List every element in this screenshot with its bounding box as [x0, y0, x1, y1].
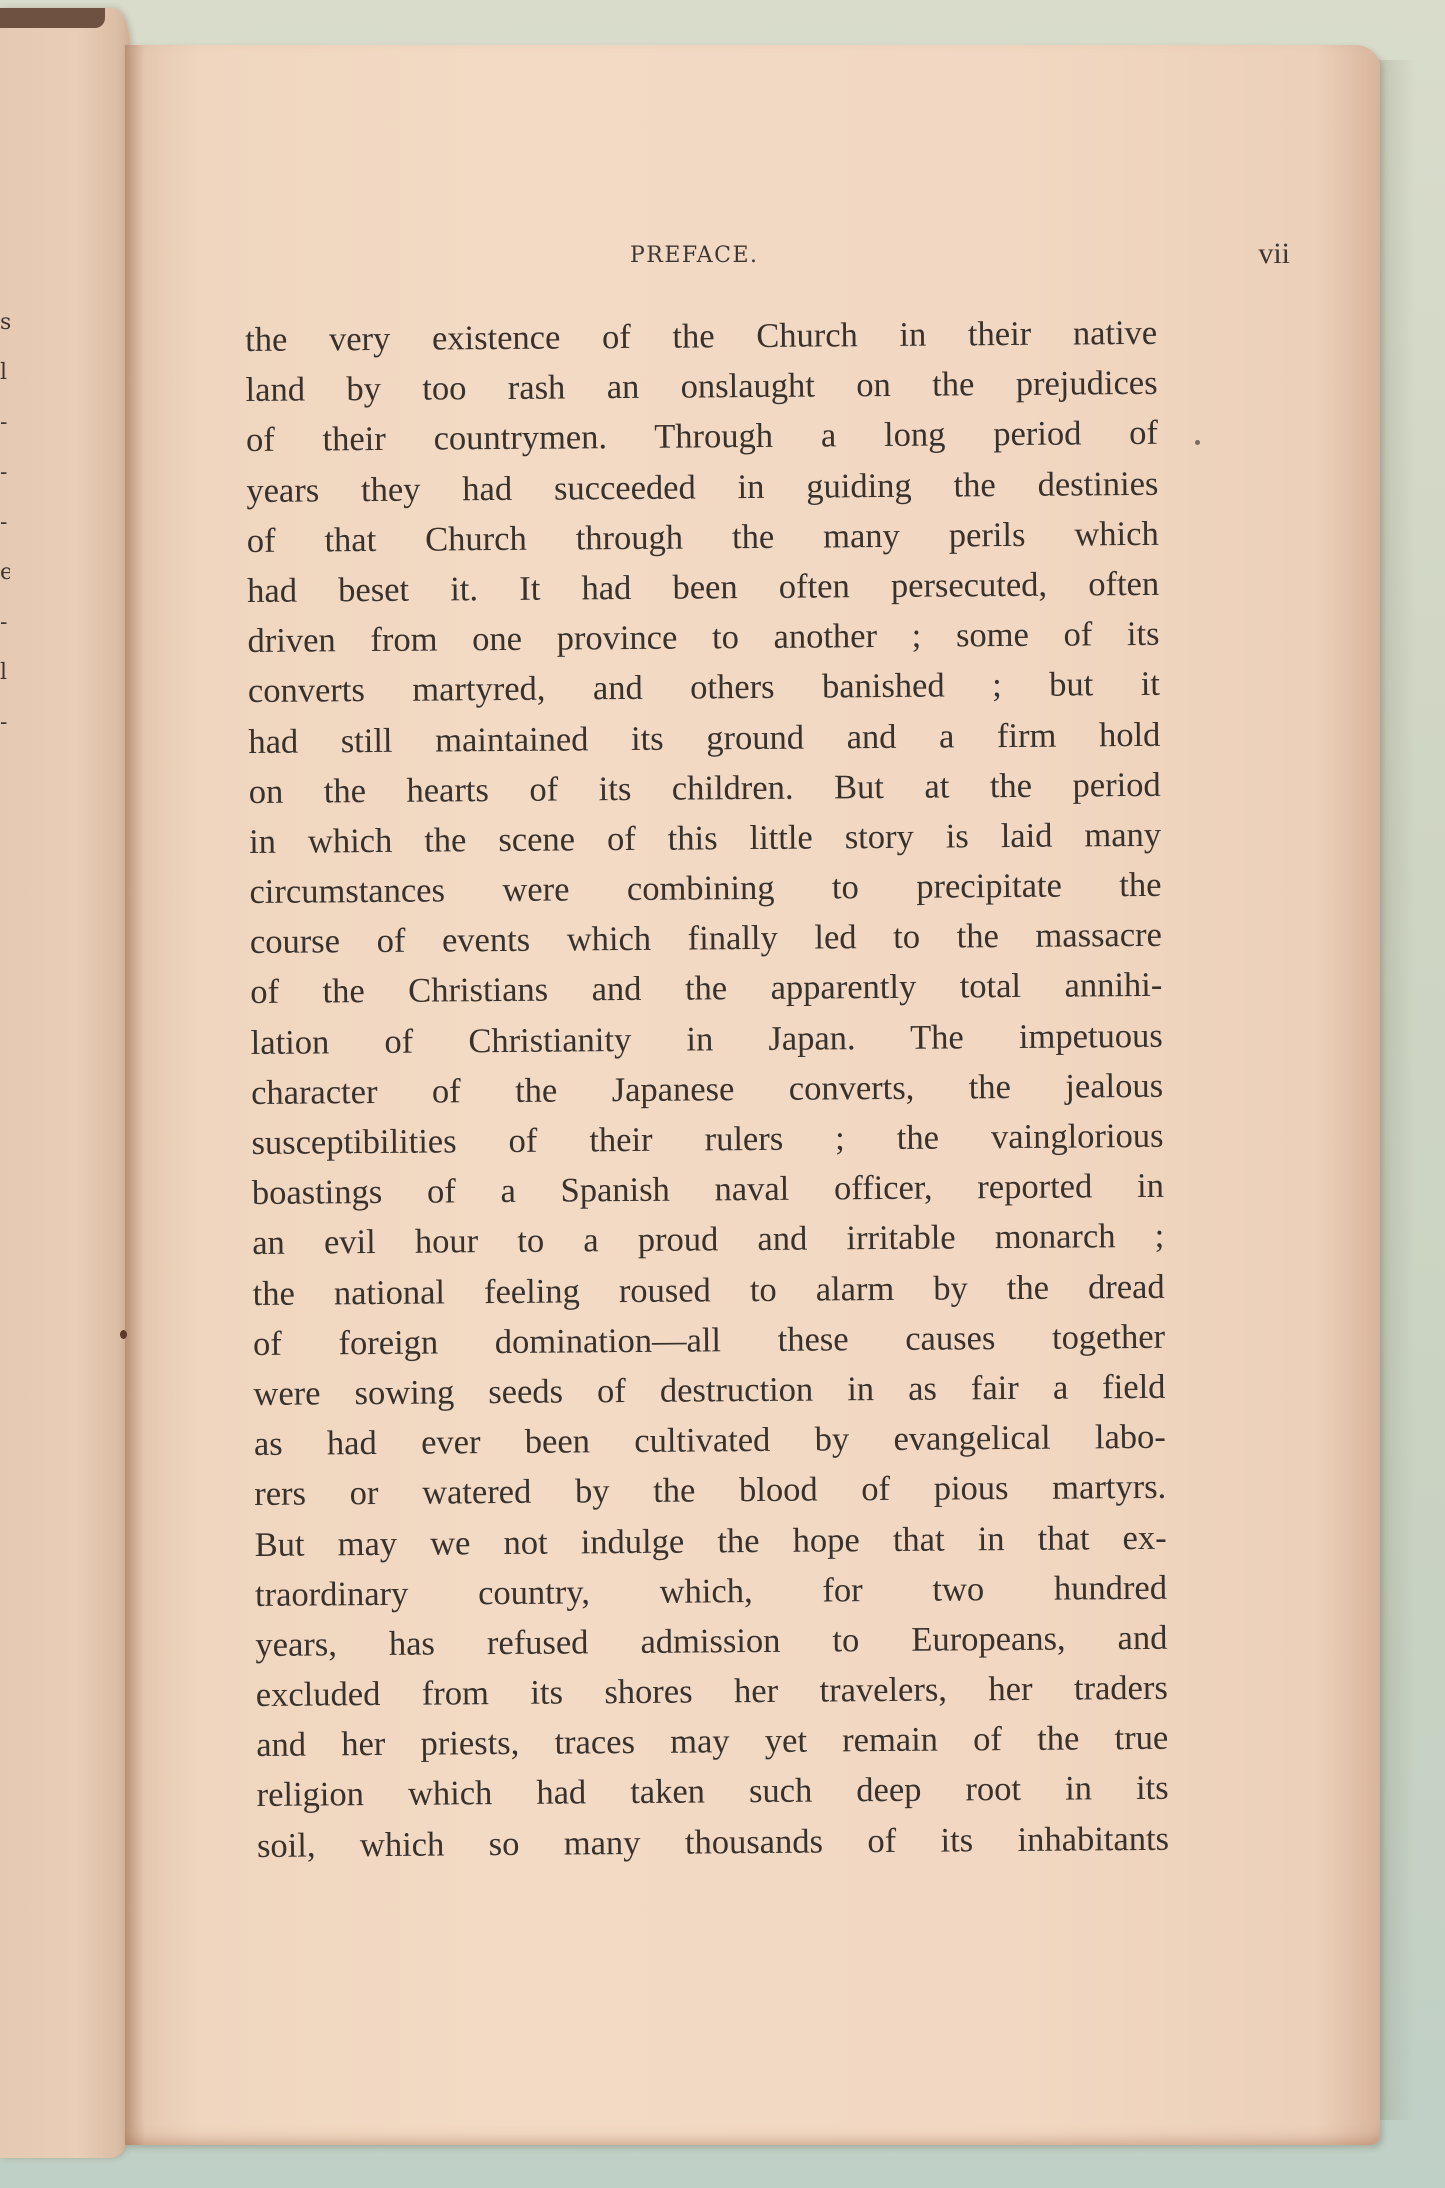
text-line: land by too rash an onslaught on the pre…	[245, 358, 1157, 415]
text-line: driven from one province to another ; so…	[247, 609, 1159, 666]
text-line: as had ever been cultivated by evangelic…	[254, 1412, 1166, 1469]
page-number: vii	[1258, 237, 1290, 271]
text-line: had beset it. It had been often persecut…	[247, 559, 1159, 616]
running-title: PREFACE.	[630, 243, 759, 268]
paper-speck	[1195, 440, 1200, 445]
left-page-fragment: -	[0, 498, 10, 548]
left-page-fragment: -	[0, 448, 10, 498]
text-line: traordinary country, which, for two hund…	[255, 1562, 1167, 1619]
left-page-fragment: s	[0, 298, 10, 348]
left-page-fragment: -	[0, 698, 10, 748]
left-page-fragment: l	[0, 648, 10, 698]
text-line: But may we not indulge the hope that in …	[254, 1512, 1166, 1569]
background-shadow	[1375, 60, 1415, 2120]
text-line: excluded from its shores her travelers, …	[256, 1663, 1168, 1720]
body-text: the very existence of the Church in thei…	[245, 308, 1169, 1871]
left-page-fragment: -	[0, 598, 10, 648]
text-line: years they had succeeded in guiding the …	[246, 458, 1158, 515]
text-line: course of events which finally led to th…	[250, 910, 1162, 967]
text-line: an evil hour to a proud and irritable mo…	[252, 1211, 1164, 1268]
left-page-fragment: -	[0, 398, 10, 448]
left-page-fragment: e	[0, 548, 10, 598]
left-page-text-fragments: s l - - - e - l -	[0, 298, 10, 748]
text-line: soil, which so many thousands of its inh…	[257, 1813, 1169, 1870]
book-page: PREFACE. vii the very existence of the C…	[125, 45, 1380, 2145]
left-facing-page: s l - - - e - l -	[0, 8, 130, 2158]
text-line: character of the Japanese converts, the …	[251, 1061, 1163, 1118]
text-line: and her priests, traces may yet remain o…	[256, 1713, 1168, 1770]
text-line: susceptibilities of their rulers ; the v…	[251, 1111, 1163, 1168]
text-line: of that Church through the many perils w…	[247, 509, 1159, 566]
text-line: boastings of a Spanish naval officer, re…	[252, 1161, 1164, 1218]
text-line: religion which had taken such deep root …	[256, 1763, 1168, 1820]
text-line: years, has refused admission to European…	[255, 1613, 1167, 1670]
text-line: had still maintained its ground and a fi…	[248, 709, 1160, 766]
text-line: in which the scene of this little story …	[249, 810, 1161, 867]
text-line: circumstances were combining to precipit…	[249, 860, 1161, 917]
page-gutter-shadow	[125, 45, 145, 2145]
text-line: of their countrymen. Through a long peri…	[246, 408, 1158, 465]
text-line: lation of Christianity in Japan. The imp…	[251, 1010, 1163, 1067]
text-line: of foreign domination—all these causes t…	[253, 1312, 1165, 1369]
text-line: the national feeling roused to alarm by …	[252, 1261, 1164, 1318]
running-head: PREFACE. vii	[630, 243, 1290, 283]
text-line: on the hearts of its children. But at th…	[249, 760, 1161, 817]
text-line: were sowing seeds of destruction in as f…	[253, 1362, 1165, 1419]
text-line: converts martyred, and others banished ;…	[248, 659, 1160, 716]
paper-speck	[120, 1330, 127, 1339]
book-cover-edge	[0, 8, 105, 28]
text-line: of the Christians and the apparently tot…	[250, 960, 1162, 1017]
left-page-fragment: l	[0, 348, 10, 398]
text-line: the very existence of the Church in thei…	[245, 308, 1157, 365]
text-line: rers or watered by the blood of pious ma…	[254, 1462, 1166, 1519]
